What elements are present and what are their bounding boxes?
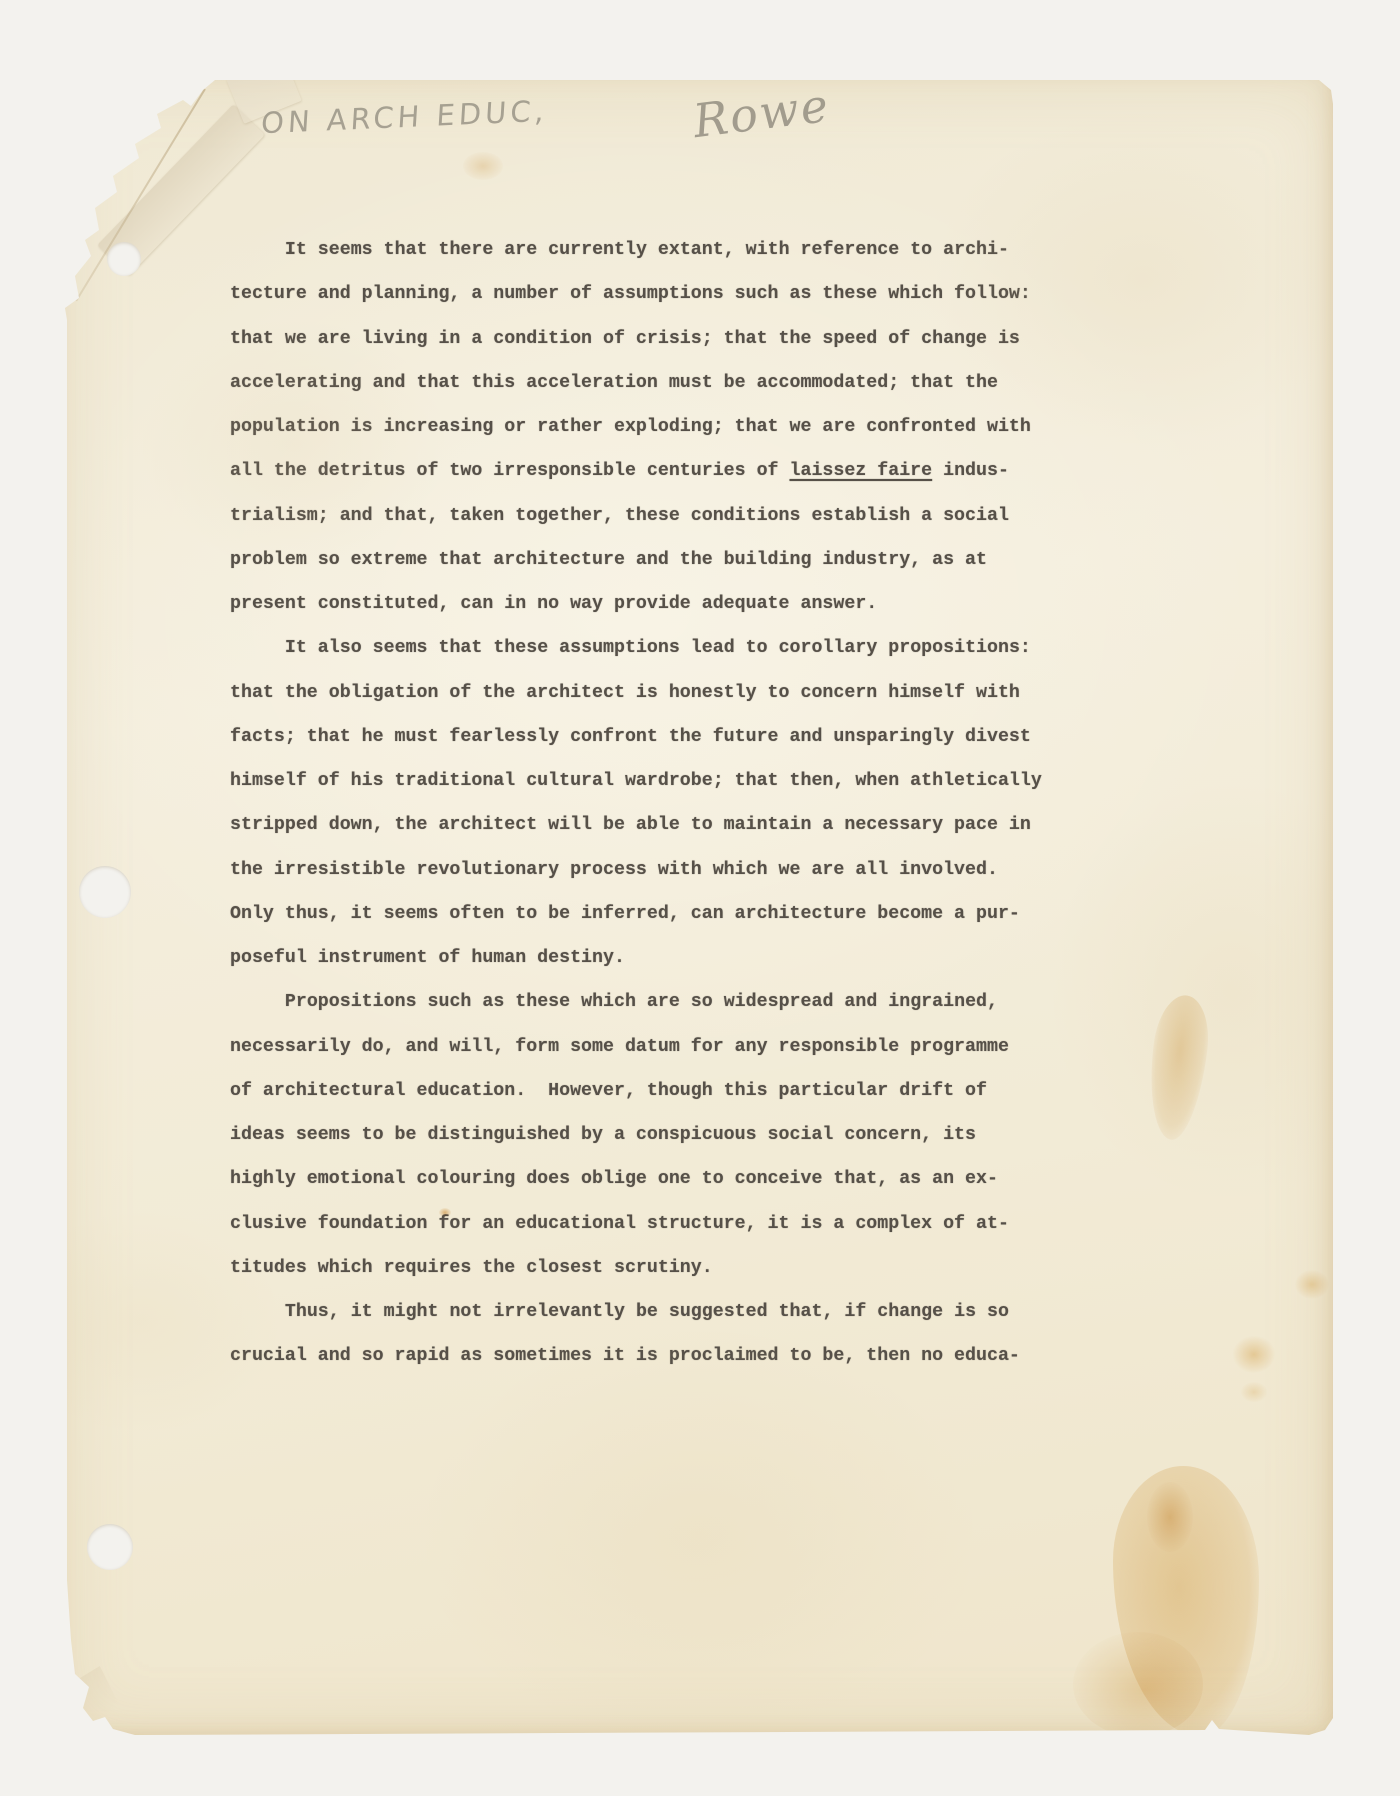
line-segment: Propositions such as these which are so … <box>285 992 998 1012</box>
typescript-line: himself of his traditional cultural ward… <box>230 759 1110 803</box>
line-segment: that we are living in a condition of cri… <box>230 329 1020 349</box>
typescript-line: accelerating and that this acceleration … <box>230 361 1110 405</box>
pencil-annotation-subject: ON ARCH EDUC, <box>260 94 549 141</box>
line-segment: the irresistible revolutionary process w… <box>230 860 998 880</box>
stain-top-smudge <box>463 152 503 180</box>
line-segment: highly emotional colouring does oblige o… <box>230 1169 998 1189</box>
line-segment: necessarily do, and will, form some datu… <box>230 1037 1009 1057</box>
line-segment: population is increasing or rather explo… <box>230 417 1031 437</box>
typescript-line: population is increasing or rather explo… <box>230 405 1110 449</box>
line-segment: problem so extreme that architecture and… <box>230 550 987 570</box>
stain-bottom-large <box>1113 1466 1259 1736</box>
line-segment: clusive foundation for an educational st… <box>230 1214 1009 1234</box>
line-segment: that the obligation of the architect is … <box>230 683 1020 703</box>
typescript-line: crucial and so rapid as sometimes it is … <box>230 1334 1110 1378</box>
stain-bottom-left <box>1073 1632 1203 1737</box>
stain-bottom-core <box>1147 1482 1193 1552</box>
typescript-text: It seems that there are currently extant… <box>230 228 1110 1379</box>
typescript-line: present constituted, can in no way provi… <box>230 582 1110 626</box>
line-segment: ideas seems to be distinguished by a con… <box>230 1125 976 1145</box>
typescript-line: It also seems that these assumptions lea… <box>230 626 1110 670</box>
line-segment: crucial and so rapid as sometimes it is … <box>230 1346 1020 1366</box>
line-segment: facts; that he must fearlessly confront … <box>230 727 1031 747</box>
typescript-line: Only thus, it seems often to be inferred… <box>230 892 1110 936</box>
typescript-line: clusive foundation for an educational st… <box>230 1202 1110 1246</box>
typescript-line: Thus, it might not irrelevantly be sugge… <box>230 1290 1110 1334</box>
typescript-line: trialism; and that, taken together, thes… <box>230 494 1110 538</box>
typescript-line: necessarily do, and will, form some datu… <box>230 1025 1110 1069</box>
typescript-line: tecture and planning, a number of assump… <box>230 272 1110 316</box>
line-segment: present constituted, can in no way provi… <box>230 594 877 614</box>
typescript-line: of architectural education. However, tho… <box>230 1069 1110 1113</box>
typescript-line: It seems that there are currently extant… <box>230 228 1110 272</box>
stain-teardrop <box>1142 992 1213 1143</box>
line-segment: accelerating and that this acceleration … <box>230 373 998 393</box>
corner-tape-fragment <box>226 56 301 124</box>
typescript-line: that the obligation of the architect is … <box>230 671 1110 715</box>
typescript-line: problem so extreme that architecture and… <box>230 538 1110 582</box>
line-segment: of architectural education. However, tho… <box>230 1081 987 1101</box>
underlined-phrase: laissez faire <box>790 461 933 481</box>
typescript-line: ideas seems to be distinguished by a con… <box>230 1113 1110 1157</box>
line-segment: poseful instrument of human destiny. <box>230 948 625 968</box>
punch-hole-top <box>107 242 141 276</box>
line-segment: all the detritus of two irresponsible ce… <box>230 461 790 481</box>
typescript-line: highly emotional colouring does oblige o… <box>230 1157 1110 1201</box>
typescript-line: titudes which requires the closest scrut… <box>230 1246 1110 1290</box>
stain-spot <box>1233 1336 1275 1373</box>
line-segment: indus- <box>932 461 1009 481</box>
line-segment: trialism; and that, taken together, thes… <box>230 506 1009 526</box>
typescript-line: Propositions such as these which are so … <box>230 980 1110 1024</box>
line-segment: It also seems that these assumptions lea… <box>285 638 1031 658</box>
typescript-line: that we are living in a condition of cri… <box>230 317 1110 361</box>
punch-hole-middle <box>79 866 131 918</box>
line-segment: titudes which requires the closest scrut… <box>230 1258 713 1278</box>
typescript-line: stripped down, the architect will be abl… <box>230 803 1110 847</box>
line-segment: Only thus, it seems often to be inferred… <box>230 904 1020 924</box>
line-segment: himself of his traditional cultural ward… <box>230 771 1042 791</box>
stain-spot <box>1241 1382 1267 1402</box>
typescript-line: facts; that he must fearlessly confront … <box>230 715 1110 759</box>
pencil-annotation-author: Rowe <box>690 78 832 148</box>
line-segment: stripped down, the architect will be abl… <box>230 815 1031 835</box>
typescript-line: poseful instrument of human destiny. <box>230 936 1110 980</box>
typescript-line: all the detritus of two irresponsible ce… <box>230 449 1110 493</box>
line-segment: tecture and planning, a number of assump… <box>230 284 1031 304</box>
line-segment: It seems that there are currently extant… <box>285 240 1009 260</box>
corner-fold-crease <box>75 88 206 301</box>
bottom-left-corner-fold <box>71 1666 135 1736</box>
punch-hole-bottom <box>87 1524 133 1570</box>
scan-background: ON ARCH EDUC, Rowe It seems that there a… <box>0 0 1400 1796</box>
line-segment: Thus, it might not irrelevantly be sugge… <box>285 1302 1009 1322</box>
stain-spot <box>1295 1270 1329 1299</box>
typescript-line: the irresistible revolutionary process w… <box>230 848 1110 892</box>
typescript-page: ON ARCH EDUC, Rowe It seems that there a… <box>65 80 1333 1735</box>
